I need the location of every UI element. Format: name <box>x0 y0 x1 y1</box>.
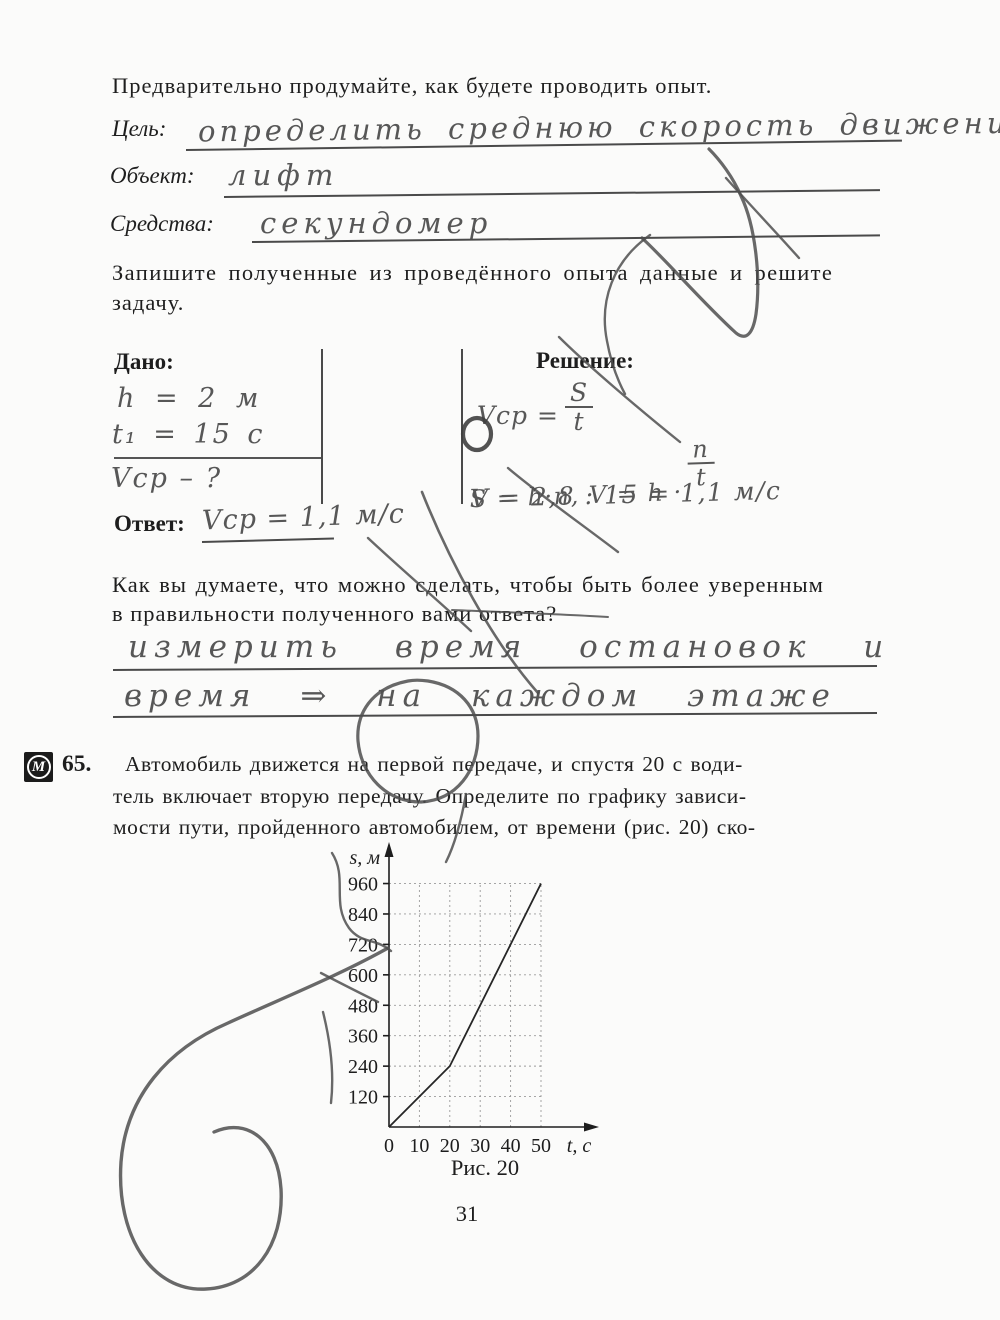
question-line2: в правильности полученного вами ответа? <box>112 601 557 627</box>
column-divider-line <box>321 349 323 504</box>
written-answer-line2: время ⇒ на каждом этаже <box>124 678 836 714</box>
svg-text:360: 360 <box>348 1026 378 1048</box>
problem-number: 65. <box>62 751 91 778</box>
task-text-line2: задачу. <box>112 290 184 316</box>
written-answer-line1: измерить время остановок и <box>128 629 889 665</box>
figure-chart: 12024036048060072084096001020304050s, мt… <box>320 838 620 1188</box>
pen-stroke <box>642 149 758 336</box>
svg-text:600: 600 <box>348 965 378 987</box>
object-handwritten-value: лифт <box>228 158 339 192</box>
ruled-line <box>113 665 877 671</box>
marker-letter: М <box>27 755 51 779</box>
formula1-prefix: Vср = <box>477 401 559 430</box>
ruled-line <box>202 538 334 543</box>
solution-formula1-handwritten: Vср =St <box>477 380 593 434</box>
svg-text:s, м: s, м <box>349 847 380 869</box>
given-label: Дано: <box>114 349 174 375</box>
answer-handwritten-value: Vср = 1,1 м/с <box>202 498 406 536</box>
given-handwritten-line1: h = 2 м <box>117 383 261 414</box>
solution-label: Решение: <box>536 348 634 374</box>
goal-label: Цель: <box>112 116 166 142</box>
svg-text:240: 240 <box>348 1056 378 1078</box>
figure-caption: Рис. 20 <box>425 1155 545 1181</box>
question-line1: Как вы думаете, что можно сделать, чтобы… <box>112 572 824 598</box>
task-text-line1: Запишите полученные из проведённого опыт… <box>112 260 833 286</box>
means-handwritten-value: секундомер <box>260 206 492 240</box>
svg-text:840: 840 <box>348 904 378 926</box>
svg-text:120: 120 <box>348 1087 378 1109</box>
means-label: Средства: <box>110 211 214 237</box>
given-find-handwritten: Vср – ? <box>111 463 222 494</box>
goal-handwritten-value: определить среднюю скорость движения <box>198 106 1000 149</box>
svg-text:10: 10 <box>409 1135 429 1157</box>
given-handwritten-line2: t₁ = 15 с <box>112 419 265 450</box>
given-separator-line <box>114 457 322 459</box>
object-label: Объект: <box>110 163 194 189</box>
page-number: 31 <box>442 1201 492 1227</box>
intro-text: Предварительно продумайте, как будете пр… <box>112 73 712 99</box>
svg-text:720: 720 <box>348 934 378 956</box>
problem-text-line3: мости пути, пройденного автомобилем, от … <box>113 815 756 840</box>
svg-text:20: 20 <box>440 1135 460 1157</box>
workbook-page: Предварительно продумайте, как будете пр… <box>0 0 1000 1320</box>
svg-text:t, с: t, с <box>567 1135 592 1157</box>
column-divider-line <box>461 349 463 504</box>
problem-text-line1: Автомобиль движется на первой передаче, … <box>125 752 743 777</box>
svg-text:40: 40 <box>501 1135 521 1157</box>
problem-text-line2: тель включает вторую передачу. Определит… <box>113 784 746 809</box>
svg-text:960: 960 <box>348 874 378 896</box>
svg-text:480: 480 <box>348 995 378 1017</box>
answer-label: Ответ: <box>114 511 185 537</box>
svg-text:50: 50 <box>531 1135 551 1157</box>
svg-text:0: 0 <box>384 1135 394 1157</box>
svg-text:30: 30 <box>470 1135 490 1157</box>
methodology-marker-icon: М <box>24 752 53 782</box>
formula1-fraction: St <box>565 380 593 434</box>
